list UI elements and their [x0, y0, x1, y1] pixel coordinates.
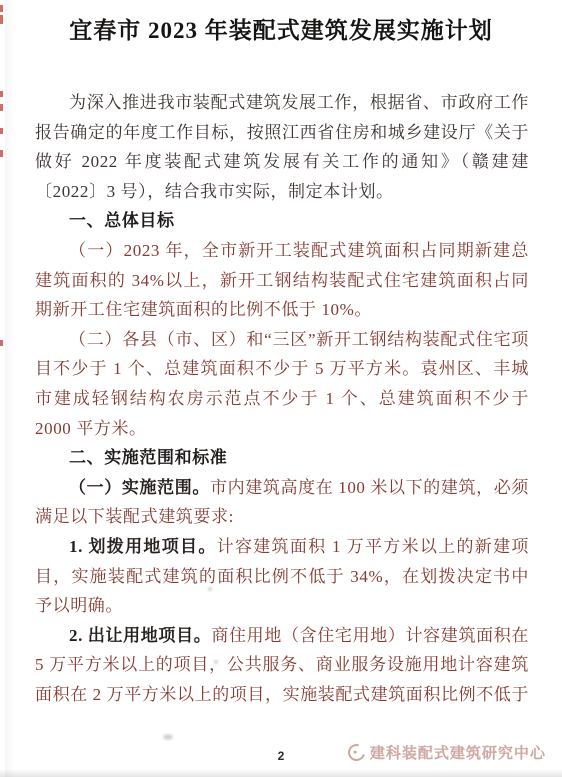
circular-logo-icon — [345, 741, 368, 764]
paragraph-allocated-land: 1. 划拨用地项目。计容建筑面积 1 万平方米以上的新建项目，实施装配式建筑的面… — [35, 532, 529, 621]
paragraph-scope: （一）实施范围。市内建筑高度在 100 米以下的建筑，必须满足以下装配式建筑要求… — [35, 473, 529, 532]
paragraph-granted-land: 2. 出让用地项目。商住用地（含住宅用地）计容建筑面积在 5 万平方米以上的项目… — [35, 621, 529, 710]
scan-shadow-left — [5, 0, 14, 777]
document-body: 为深入推进我市装配式建筑发展工作，根据省、市政府工作报告确定的年度工作目标，按照… — [35, 88, 529, 709]
scan-red-mark — [0, 150, 3, 157]
scan-red-mark — [0, 128, 3, 134]
paragraph-allocated-land-lead: 1. 划拨用地项目。 — [69, 537, 217, 556]
watermark: 建科装配式建筑研究中心 — [348, 742, 546, 763]
scan-smudge — [163, 734, 173, 740]
section-heading-2: 二、实施范围和标准 — [35, 443, 529, 473]
scan-red-mark — [0, 340, 3, 346]
scanned-document-page: 宜春市 2023 年装配式建筑发展实施计划 为深入推进我市装配式建筑发展工作，根… — [0, 0, 562, 777]
paragraph-goal-2: （二）各县（市、区）和“三区”新开工钢结构装配式住宅项目不少于 1 个、总建筑面… — [35, 325, 529, 443]
intro-paragraph: 为深入推进我市装配式建筑发展工作，根据省、市政府工作报告确定的年度工作目标，按照… — [35, 88, 529, 206]
scan-red-mark — [0, 104, 3, 111]
scan-red-mark — [0, 91, 3, 97]
paragraph-scope-lead: （一）实施范围。 — [69, 478, 210, 497]
document-title: 宜春市 2023 年装配式建筑发展实施计划 — [0, 12, 562, 45]
watermark-text: 建科装配式建筑研究中心 — [370, 742, 546, 763]
section-heading-1: 一、总体目标 — [35, 206, 529, 236]
paragraph-granted-land-lead: 2. 出让用地项目。 — [69, 626, 211, 645]
scan-shadow-bottom — [0, 769, 562, 777]
scan-red-mark — [0, 5, 3, 12]
paragraph-goal-1: （一）2023 年，全市新开工装配式建筑面积占同期新建总建筑面积的 34%以上，… — [35, 236, 529, 325]
